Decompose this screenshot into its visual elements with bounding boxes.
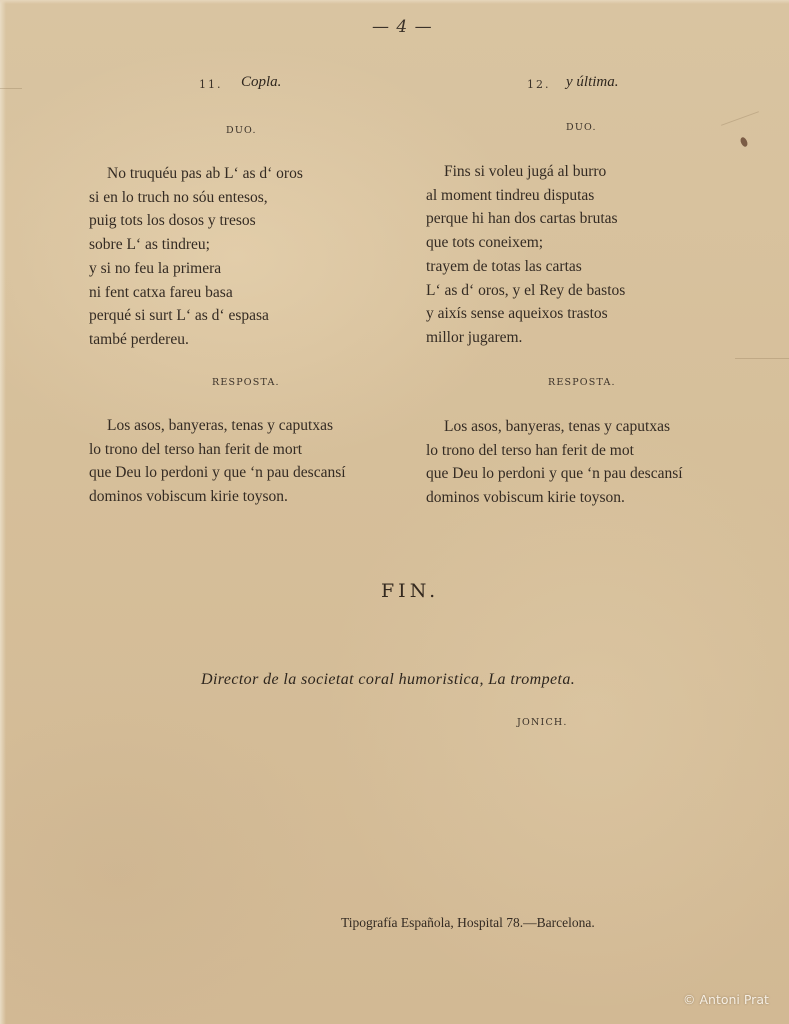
verse-line: al moment tindreu disputas bbox=[426, 184, 625, 208]
verse-resposta-right: Los asos, banyeras, tenas y caputxas lo … bbox=[426, 415, 683, 510]
verse-line: Los asos, banyeras, tenas y caputxas bbox=[426, 415, 683, 439]
verse-line: ni fent catxa fareu basa bbox=[89, 281, 303, 305]
verse-line: dominos vobiscum kirie toyson. bbox=[89, 485, 346, 509]
duo-label-left: DUO. bbox=[226, 125, 257, 136]
verse-line: puig tots los dosos y tresos bbox=[89, 209, 303, 233]
verse-duo-right: Fins si voleu jugá al burro al moment ti… bbox=[426, 160, 625, 350]
page-number: — 4 — bbox=[372, 17, 433, 37]
copyright-watermark: © Antoni Prat bbox=[683, 992, 769, 1007]
verse-line: y aixís sense aqueixos trastos bbox=[426, 302, 625, 326]
verse-duo-left: No truquéu pas ab L‘ as d‘ oros si en lo… bbox=[89, 162, 303, 352]
verse-line: perqué si surt L‘ as d‘ espasa bbox=[89, 304, 303, 328]
verse-line: lo trono del terso han ferit de mort bbox=[89, 438, 346, 462]
verse-line: L‘ as d‘ oros, y el Rey de bastos bbox=[426, 279, 625, 303]
verse-line: si en lo truch no sóu entesos, bbox=[89, 186, 303, 210]
paper-edge bbox=[0, 0, 789, 4]
verse-line: també perdereu. bbox=[89, 328, 303, 352]
verse-line: Los asos, banyeras, tenas y caputxas bbox=[89, 414, 346, 438]
paper-crease bbox=[735, 358, 789, 359]
resposta-label-left: RESPOSTA. bbox=[212, 377, 280, 388]
paper-edge bbox=[0, 0, 6, 1024]
duo-label-right: DUO. bbox=[566, 122, 597, 133]
verse-resposta-left: Los asos, banyeras, tenas y caputxas lo … bbox=[89, 414, 346, 509]
paper-crease bbox=[721, 111, 759, 126]
paper-stain bbox=[739, 136, 749, 148]
resposta-label-right: RESPOSTA. bbox=[548, 377, 616, 388]
verse-line: trayem de totas las cartas bbox=[426, 255, 625, 279]
section-title-copla: Copla. bbox=[241, 74, 281, 91]
verse-line: millor jugarem. bbox=[426, 326, 625, 350]
verse-line: que tots coneixem; bbox=[426, 231, 625, 255]
section-title-ultima: y última. bbox=[566, 74, 619, 91]
verse-line: perque hi han dos cartas brutas bbox=[426, 207, 625, 231]
section-number-11: 11. bbox=[199, 78, 223, 91]
verse-line: que Deu lo perdoni y que ‘n pau descansí bbox=[426, 462, 683, 486]
verse-line: que Deu lo perdoni y que ‘n pau descansí bbox=[89, 461, 346, 485]
verse-line: dominos vobiscum kirie toyson. bbox=[426, 486, 683, 510]
document-page: — 4 — 11. Copla. DUO. No truquéu pas ab … bbox=[0, 0, 789, 1024]
printer-imprint: Tipografía Española, Hospital 78.—Barcel… bbox=[341, 915, 595, 931]
verse-line: lo trono del terso han ferit de mot bbox=[426, 439, 683, 463]
verse-line: y si no feu la primera bbox=[89, 257, 303, 281]
fin-heading: FIN. bbox=[381, 580, 439, 602]
section-number-12: 12. bbox=[527, 78, 551, 91]
verse-line: No truquéu pas ab L‘ as d‘ oros bbox=[89, 162, 303, 186]
verse-line: sobre L‘ as tindreu; bbox=[89, 233, 303, 257]
director-line: Director de la societat coral humoristic… bbox=[201, 671, 575, 689]
verse-line: Fins si voleu jugá al burro bbox=[426, 160, 625, 184]
author-name: JONICH. bbox=[517, 717, 568, 728]
paper-crease bbox=[0, 88, 22, 89]
